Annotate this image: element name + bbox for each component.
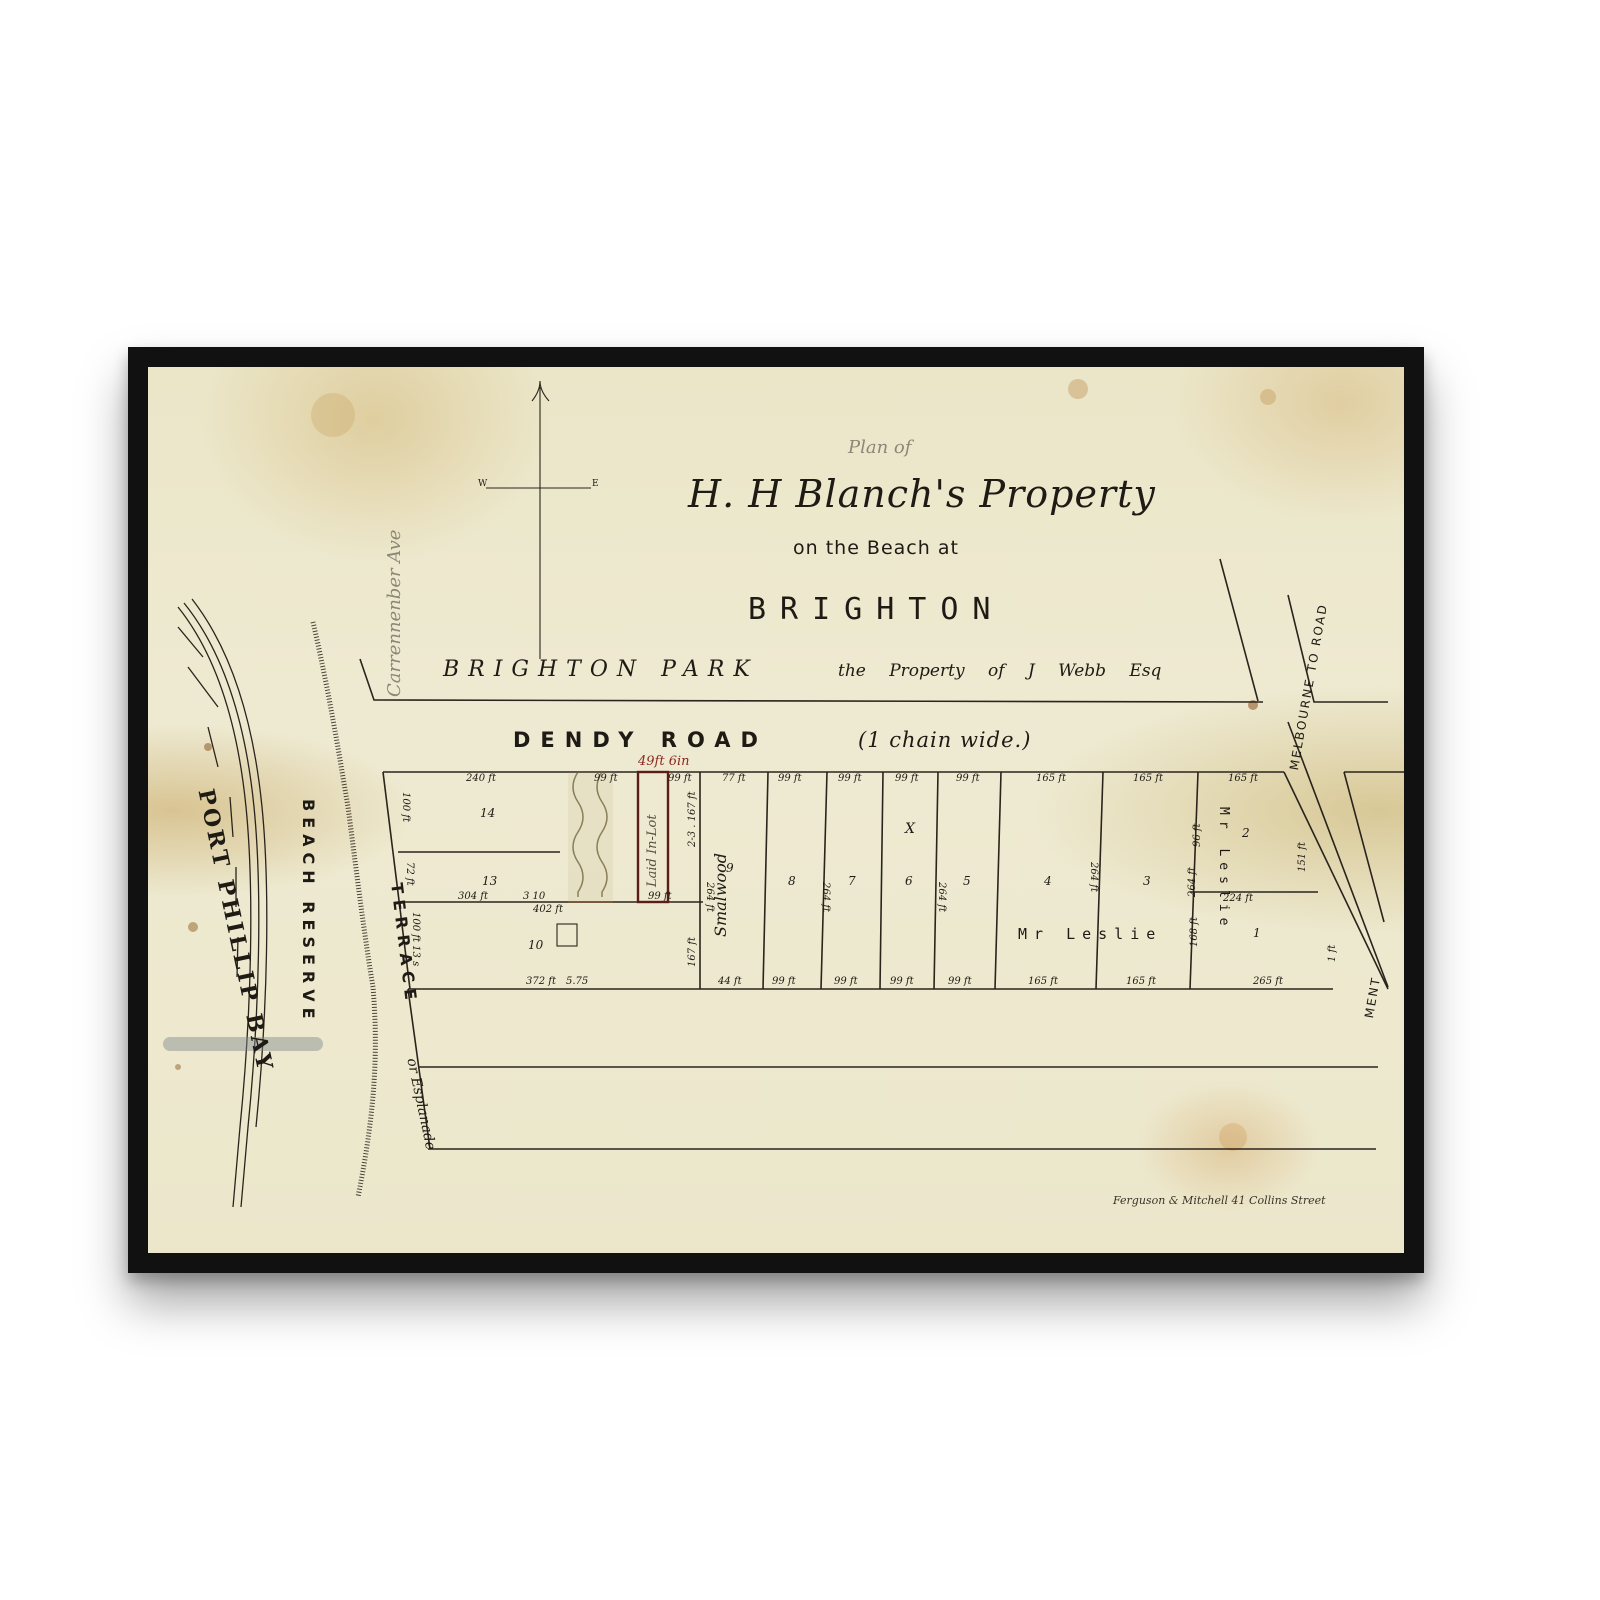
lot-dimension: 240 ft — [466, 774, 496, 784]
marker-x: X — [905, 822, 915, 836]
lot-dimension: 99 ft — [772, 977, 796, 987]
red-lot-dimension: 49ft 6in — [638, 755, 690, 768]
lot-dimension: 99 ft — [834, 977, 858, 987]
title-on-the-beach: on the Beach at — [793, 539, 959, 558]
lot-dimension: 5.75 — [566, 977, 588, 987]
title-plan-of: Plan of — [848, 439, 911, 457]
title-owner-property: H. H Blanch's Property — [688, 475, 1156, 513]
lot-dimension: 100 ft 13 s — [410, 912, 420, 966]
lot-dimension: 99 ft — [838, 774, 862, 784]
lot-number: 7 — [848, 875, 856, 887]
picture-frame: Plan of H. H Blanch's Property on the Be… — [128, 347, 1424, 1273]
lot-dimension: 44 ft — [718, 977, 742, 987]
brighton-park-owner: the Property of J Webb Esq — [838, 663, 1161, 680]
lot-dimension: 77 ft — [722, 774, 746, 784]
lot-dimension: 1 ft — [1328, 945, 1338, 962]
water-stain — [163, 1037, 323, 1051]
lot-dimension: 3 10 — [523, 892, 545, 902]
brighton-park-label: BRIGHTON PARK — [443, 659, 759, 681]
lot-dimension: 304 ft — [458, 892, 488, 902]
mr-leslie-vertical: Mr Leslie — [1217, 807, 1230, 931]
lot-dimension: 264 ft — [820, 882, 830, 912]
lot-dimension: 99 ft — [956, 774, 980, 784]
mr-leslie-horizontal: Mr Leslie — [1018, 927, 1162, 942]
lot-dimension: 99 ft — [778, 774, 802, 784]
lot-number: 3 — [1143, 875, 1151, 887]
lot-dimension: 167 ft — [688, 937, 698, 967]
title-town: BRIGHTON — [748, 595, 1005, 625]
compass-west-mark: W — [478, 480, 487, 489]
lot-number: 10 — [528, 939, 543, 951]
dendy-road-width: (1 chain wide.) — [858, 730, 1031, 751]
dune-hatching — [313, 622, 375, 1197]
lot-dimension: 2-3 . 167 ft — [688, 791, 698, 847]
smalwood-annotation: Smalwood — [713, 853, 729, 937]
lot-dimension: 372 ft — [526, 977, 556, 987]
pencil-note-left: Carrennenber Ave — [386, 530, 404, 697]
survey-plan-paper: Plan of H. H Blanch's Property on the Be… — [148, 367, 1404, 1253]
lot-dimension: 99 ft — [648, 892, 672, 902]
hatched-strip — [568, 772, 613, 902]
lot-dimension: 151 ft — [1298, 842, 1308, 872]
lot-dimension: 100 ft — [400, 792, 410, 822]
lot-dimension: 165 ft — [1228, 774, 1258, 784]
lot-dimension: 165 ft — [1036, 774, 1066, 784]
lot-dimension: 99 ft — [895, 774, 919, 784]
compass — [486, 381, 591, 659]
lot-block — [383, 772, 1388, 989]
lot-dimension: 99 ft — [948, 977, 972, 987]
lot-dimension: 168 ft — [1190, 917, 1200, 947]
lot-number: 14 — [480, 807, 495, 819]
lot-number: 4 — [1044, 875, 1052, 887]
compass-east-mark: E — [592, 480, 599, 489]
lot-dimension: 99 ft — [594, 774, 618, 784]
lot-number: 6 — [905, 875, 913, 887]
lot-dimension: 96 ft — [1193, 823, 1203, 847]
lot-dimension: 165 ft — [1133, 774, 1163, 784]
red-lot-note: Laid In-Lot — [646, 814, 659, 887]
lot-dimension: 264 ft — [936, 882, 946, 912]
lot-dimension: 402 ft — [533, 905, 563, 915]
lot-number: 2 — [1242, 827, 1250, 839]
lot-dimension: 99 ft — [890, 977, 914, 987]
dendy-road-label: DENDY ROAD — [513, 730, 768, 751]
lot-number: 5 — [963, 875, 971, 887]
lot-dimension: 165 ft — [1126, 977, 1156, 987]
lot-number: 13 — [482, 875, 497, 887]
lot-number: 8 — [788, 875, 796, 887]
lot-dimension: 264 ft — [1088, 862, 1098, 892]
lot-dimension: 264 ft — [1188, 867, 1198, 897]
lot-dimension: 265 ft — [1253, 977, 1283, 987]
lot-dimension: 99 ft — [668, 774, 692, 784]
lot-dimension: 165 ft — [1028, 977, 1058, 987]
lithographer-imprint: Ferguson & Mitchell 41 Collins Street — [1113, 1195, 1326, 1206]
lot-dimension: 72 ft — [404, 862, 414, 886]
lot-number: 1 — [1253, 927, 1261, 939]
beach-reserve-label: BEACH RESERVE — [300, 799, 316, 1025]
